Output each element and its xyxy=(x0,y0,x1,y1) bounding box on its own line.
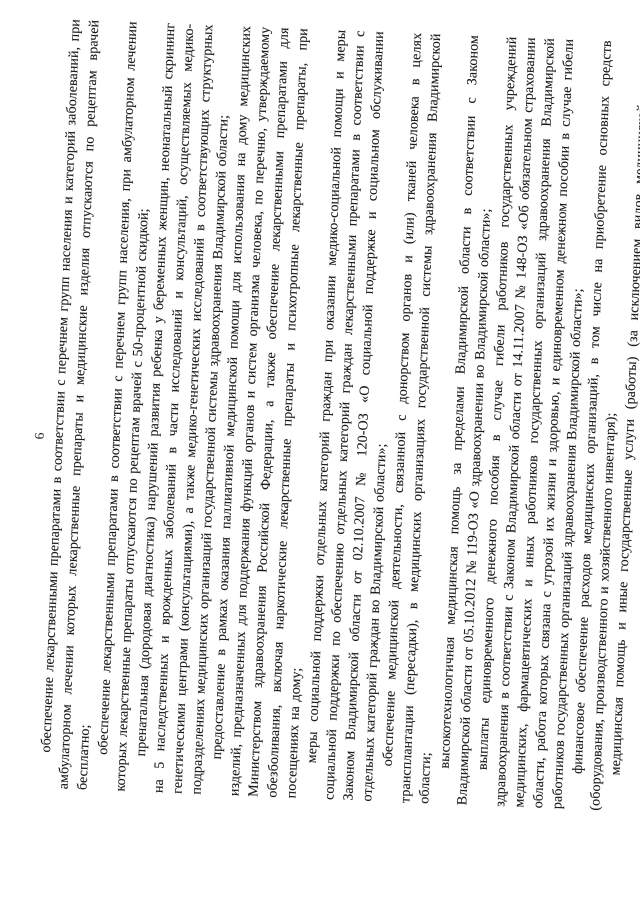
page-number-value: 6 xyxy=(32,432,47,439)
document-page: 6 обеспечение лекарственными препаратами… xyxy=(0,0,640,905)
page-text: обеспечение лекарственными препаратами в… xyxy=(35,0,640,822)
page-content: 6 обеспечение лекарственными препаратами… xyxy=(14,0,640,822)
